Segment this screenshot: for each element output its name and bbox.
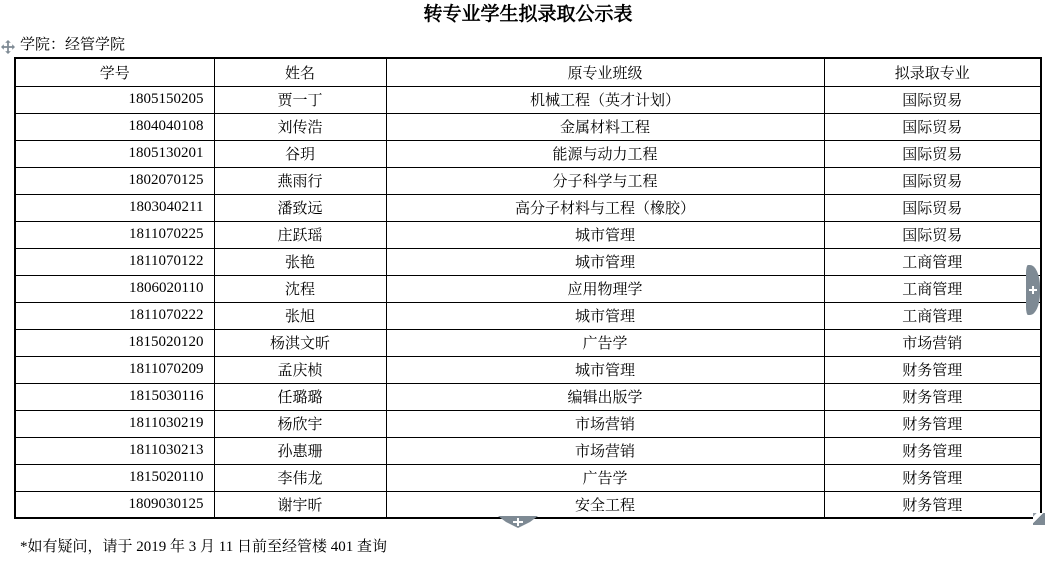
admitted-major-cell: 国际贸易 [824, 167, 1041, 194]
table-body: 1805150205贾一丁机械工程（英才计划）国际贸易1804040108刘传浩… [15, 86, 1041, 518]
name-cell: 杨淇文昕 [214, 329, 386, 356]
table-row: 1804040108刘传浩金属材料工程国际贸易 [15, 113, 1041, 140]
table-row: 1815020120杨淇文昕广告学市场营销 [15, 329, 1041, 356]
table-row: 1809030125谢宇昕安全工程财务管理 [15, 491, 1041, 518]
admitted-major-cell: 财务管理 [824, 383, 1041, 410]
admitted-major-cell: 国际贸易 [824, 113, 1041, 140]
student-id-cell: 1815020110 [15, 464, 214, 491]
table-row: 1806020110沈程应用物理学工商管理 [15, 275, 1041, 302]
original-major-cell: 城市管理 [386, 221, 824, 248]
student-id-cell: 1803040211 [15, 194, 214, 221]
admitted-major-cell: 财务管理 [824, 491, 1041, 518]
original-major-cell: 市场营销 [386, 410, 824, 437]
original-major-cell: 广告学 [386, 329, 824, 356]
admitted-major-cell: 国际贸易 [824, 140, 1041, 167]
plus-icon [1029, 286, 1037, 294]
table-row: 1805150205贾一丁机械工程（英才计划）国际贸易 [15, 86, 1041, 113]
footer-note: *如有疑问，请于 2019 年 3 月 11 日前至经管楼 401 查询 [20, 537, 387, 557]
table-row: 1811070122张艳城市管理工商管理 [15, 248, 1041, 275]
original-major-cell: 应用物理学 [386, 275, 824, 302]
student-id-cell: 1802070125 [15, 167, 214, 194]
admitted-major-cell: 财务管理 [824, 437, 1041, 464]
table-row: 1815030116任璐璐编辑出版学财务管理 [15, 383, 1041, 410]
document-page: 转专业学生拟录取公示表 学院：经管学院 学号 姓名 原专业班级 拟录取专业 18… [0, 0, 1056, 574]
student-id-cell: 1811070122 [15, 248, 214, 275]
admitted-major-cell: 国际贸易 [824, 194, 1041, 221]
name-cell: 孙惠珊 [214, 437, 386, 464]
student-id-cell: 1806020110 [15, 275, 214, 302]
table-row: 1811030213孙惠珊市场营销财务管理 [15, 437, 1041, 464]
move-icon [1, 40, 15, 54]
student-id-cell: 1805130201 [15, 140, 214, 167]
name-cell: 燕雨行 [214, 167, 386, 194]
admitted-major-cell: 财务管理 [824, 464, 1041, 491]
original-major-cell: 分子科学与工程 [386, 167, 824, 194]
student-id-cell: 1809030125 [15, 491, 214, 518]
table-move-handle[interactable] [1, 40, 15, 54]
student-id-cell: 1804040108 [15, 113, 214, 140]
table-row: 1811070222张旭城市管理工商管理 [15, 302, 1041, 329]
student-id-cell: 1815030116 [15, 383, 214, 410]
admitted-major-cell: 工商管理 [824, 248, 1041, 275]
admitted-major-cell: 财务管理 [824, 356, 1041, 383]
admitted-major-cell: 国际贸易 [824, 86, 1041, 113]
admitted-major-cell: 工商管理 [824, 275, 1041, 302]
original-major-cell: 高分子材料与工程（橡胶） [386, 194, 824, 221]
admitted-major-cell: 财务管理 [824, 410, 1041, 437]
name-cell: 刘传浩 [214, 113, 386, 140]
student-id-cell: 1811030219 [15, 410, 214, 437]
college-label: 学院：经管学院 [20, 36, 125, 55]
student-id-cell: 1811070222 [15, 302, 214, 329]
name-cell: 任璐璐 [214, 383, 386, 410]
name-cell: 沈程 [214, 275, 386, 302]
original-major-cell: 能源与动力工程 [386, 140, 824, 167]
student-id-cell: 1811070225 [15, 221, 214, 248]
original-major-cell: 编辑出版学 [386, 383, 824, 410]
original-major-cell: 安全工程 [386, 491, 824, 518]
table-row: 1803040211潘致远高分子材料与工程（橡胶）国际贸易 [15, 194, 1041, 221]
student-id-cell: 1805150205 [15, 86, 214, 113]
table-header-row: 学号 姓名 原专业班级 拟录取专业 [15, 58, 1041, 86]
insert-row-button[interactable] [498, 516, 538, 528]
table-row: 1811070209孟庆桢城市管理财务管理 [15, 356, 1041, 383]
admitted-major-cell: 市场营销 [824, 329, 1041, 356]
admitted-major-cell: 国际贸易 [824, 221, 1041, 248]
table-row: 1811070225庄跃瑶城市管理国际贸易 [15, 221, 1041, 248]
admitted-major-cell: 工商管理 [824, 302, 1041, 329]
student-id-cell: 1811030213 [15, 437, 214, 464]
original-major-cell: 城市管理 [386, 302, 824, 329]
original-major-cell: 城市管理 [386, 248, 824, 275]
header-name: 姓名 [214, 58, 386, 86]
page-title: 转专业学生拟录取公示表 [0, 3, 1056, 27]
name-cell: 谷玥 [214, 140, 386, 167]
student-id-cell: 1815020120 [15, 329, 214, 356]
name-cell: 谢宇昕 [214, 491, 386, 518]
table-row: 1802070125燕雨行分子科学与工程国际贸易 [15, 167, 1041, 194]
table-row: 1805130201谷玥能源与动力工程国际贸易 [15, 140, 1041, 167]
name-cell: 庄跃瑶 [214, 221, 386, 248]
admission-table: 学号 姓名 原专业班级 拟录取专业 1805150205贾一丁机械工程（英才计划… [14, 57, 1042, 519]
name-cell: 贾一丁 [214, 86, 386, 113]
original-major-cell: 市场营销 [386, 437, 824, 464]
original-major-cell: 广告学 [386, 464, 824, 491]
name-cell: 张旭 [214, 302, 386, 329]
table-row: 1815020110李伟龙广告学财务管理 [15, 464, 1041, 491]
name-cell: 潘致远 [214, 194, 386, 221]
header-original-major: 原专业班级 [386, 58, 824, 86]
table-resize-handle[interactable] [1033, 513, 1045, 525]
table-row: 1811030219杨欣宇市场营销财务管理 [15, 410, 1041, 437]
name-cell: 李伟龙 [214, 464, 386, 491]
original-major-cell: 金属材料工程 [386, 113, 824, 140]
name-cell: 张艳 [214, 248, 386, 275]
original-major-cell: 机械工程（英才计划） [386, 86, 824, 113]
header-student-id: 学号 [15, 58, 214, 86]
plus-icon [513, 518, 523, 526]
student-id-cell: 1811070209 [15, 356, 214, 383]
name-cell: 杨欣宇 [214, 410, 386, 437]
header-admitted-major: 拟录取专业 [824, 58, 1041, 86]
name-cell: 孟庆桢 [214, 356, 386, 383]
original-major-cell: 城市管理 [386, 356, 824, 383]
